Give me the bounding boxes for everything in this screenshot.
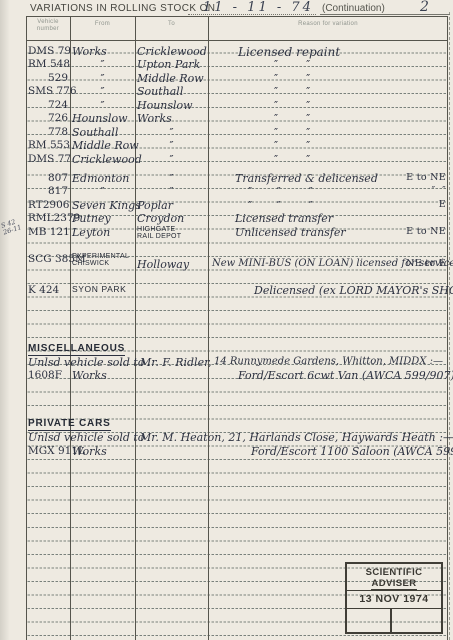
vehicle-number: DMS 79 (28, 45, 68, 57)
from-cell: Hounslow (72, 112, 133, 125)
to-cell: Croydon (137, 212, 206, 225)
stamp-org-line2: ADVISER (371, 579, 416, 591)
table-row: RT2906 Seven Kings Poplar ″ ″ ″ E (26, 199, 448, 213)
from-cell: SYON PARK (72, 284, 133, 294)
reason-cell: ″ ″ (274, 72, 310, 85)
scan-edge-shadow (0, 0, 10, 640)
section-row: Unlsd vehicle sold to Mr. M. Heaton, 21,… (26, 431, 448, 445)
handwritten-date: 11 - 11 - 74 (203, 0, 314, 15)
to-cell: ″ (137, 126, 206, 139)
from-cell: ″ (72, 185, 133, 198)
table-row: RM 553 Middle Row ″ ″ ″ (26, 139, 448, 153)
stamp-org: SCIENTIFIC ADVISER (347, 564, 441, 591)
from-cell: Leyton (72, 226, 133, 239)
table-row: 726 Hounslow Works ″ ″ (26, 112, 448, 126)
vehicle-number: RM 548 (28, 58, 68, 70)
table-row: SMS 776 ″ Southall ″ ″ (26, 85, 448, 99)
table-row: 724 ″ Hounslow ″ ″ (26, 99, 448, 113)
to-cell: Cricklewood (137, 45, 206, 58)
table-row: DMS 77 Cricklewood ″ ″ ″ (26, 153, 448, 167)
to-cell: Poplar (137, 199, 206, 212)
section-heading-miscellaneous: MISCELLANEOUS (28, 343, 125, 356)
table-top-border (26, 16, 448, 17)
to-cell: ″ (137, 139, 206, 152)
reason-cell: ″ ″ (274, 99, 310, 112)
vehicle-number: SMS 776 (28, 85, 68, 97)
stamp-footer (347, 609, 441, 632)
reason-cell: ″ ″ (274, 85, 310, 98)
header-vehicle-number: Vehicle number (26, 19, 70, 33)
stamp-org-line1: SCIENTIFIC (347, 568, 441, 579)
sale-note: Unlsd vehicle sold to (28, 356, 144, 369)
reason-cell: Transferred & delicensed (235, 172, 378, 185)
to-cell: ″ (137, 172, 206, 185)
reason-cell: Delicensed (ex LORD MAYOR's SHOW) (254, 284, 453, 297)
stamp-date: 13 NOV 1974 (347, 591, 441, 609)
from-cell: Works (72, 445, 133, 458)
reason-cell: ″ ″ (274, 126, 310, 139)
vehicle-detail: Ford/Escort 1100 Saloon (AWCA 599/906) (251, 445, 453, 458)
to-cell: Holloway (137, 258, 206, 271)
from-cell: EXPERIMENTAL CHISWICK (72, 253, 133, 267)
table-row: RML2379 Putney Croydon Licensed transfer (26, 212, 448, 226)
header-to: To (135, 21, 208, 27)
from-cell: Putney (72, 212, 133, 225)
vehicle-number: MB 121 (28, 226, 68, 238)
page-number: 2 (420, 0, 429, 15)
vehicle-number: 726 (28, 112, 68, 124)
status-code: NE to E (406, 258, 446, 269)
section-row: MGX 911L Works Ford/Escort 1100 Saloon (… (26, 445, 448, 459)
date-underline (188, 14, 316, 15)
vehicle-detail: Ford/Escort 6cwt Van (AWCA 599/907) (238, 369, 453, 382)
vehicle-number: 724 (28, 99, 68, 111)
reason-cell: ″ ″ ″ (248, 199, 313, 212)
reason-cell: ″ ″ (274, 58, 310, 71)
vehicle-number: RM 553 (28, 139, 68, 151)
buyer-address: 14 Runnymede Gardens, Whitton, MIDDX :— (214, 356, 443, 367)
section-heading-private-cars: PRIVATE CARS (28, 418, 111, 431)
table-row: MB 121 Leyton HIGHGATE RAIL DEPOT Unlice… (26, 226, 448, 240)
from-cell: Edmonton (72, 172, 133, 185)
from-cell: Middle Row (72, 139, 133, 152)
page-edge-line (449, 12, 450, 640)
scanned-ledger-page: VARIATIONS IN ROLLING STOCK ON 11 - 11 -… (0, 0, 453, 640)
table-row: K 424 SYON PARK Delicensed (ex LORD MAYO… (26, 284, 448, 298)
reason-cell: Licensed repaint (238, 45, 340, 59)
from-cell: Southall (72, 126, 133, 139)
header-reason: Reason for variation (208, 21, 448, 27)
header-from: From (70, 21, 135, 27)
vehicle-number: RML2379 (28, 212, 68, 224)
header-divider (26, 40, 448, 41)
from-cell: ″ (72, 72, 133, 85)
vehicle-number: K 424 (28, 284, 68, 296)
vehicle-number: DMS 77 (28, 153, 68, 165)
to-cell: HIGHGATE RAIL DEPOT (137, 226, 206, 240)
vehicle-number: RT2906 (28, 199, 68, 211)
from-cell: Works (72, 45, 133, 58)
table-row: RM 548 ″ Upton Park ″ ″ (26, 58, 448, 72)
vehicle-number: 529 (28, 72, 68, 84)
to-cell: Upton Park (137, 58, 206, 71)
margin-note: S 42 26-11 (0, 217, 22, 236)
vehicle-number: SCG 385M (28, 253, 68, 265)
continuation-label: (Continuation) (322, 3, 385, 14)
status-code: E to NE (406, 226, 446, 237)
reason-cell: Unlicensed transfer (235, 226, 346, 239)
from-cell: ″ (72, 58, 133, 71)
vehicle-number: 807 (28, 172, 68, 184)
table-row: SCG 385M EXPERIMENTAL CHISWICK Holloway … (26, 253, 448, 267)
table-row: 807 Edmonton ″ Transferred & delicensed … (26, 172, 448, 186)
from-cell: Cricklewood (72, 153, 133, 166)
sale-note: Unlsd vehicle sold to (28, 431, 144, 444)
scientific-adviser-stamp: SCIENTIFIC ADVISER 13 NOV 1974 (345, 562, 443, 634)
rolling-stock-table: Vehicle number From To Reason for variat… (26, 16, 448, 640)
table-row: 529 ″ Middle Row ″ ″ (26, 72, 448, 86)
buyer-name: Mr. M. Heaton, 21, Harlands Close, Haywa… (140, 431, 453, 444)
reason-cell: ″ ″ ″ (248, 185, 313, 198)
section-row: Unlsd vehicle sold to Mr. F. Ridler, 14 … (26, 356, 448, 370)
vehicle-number: 778 (28, 126, 68, 138)
from-cell: Seven Kings (72, 199, 133, 212)
buyer-name: Mr. F. Ridler, (140, 356, 212, 369)
page-number-underline (320, 14, 450, 15)
status-code: E to NE (406, 172, 446, 183)
to-cell: ″ (137, 153, 206, 166)
reason-cell: ″ ″ (274, 112, 310, 125)
table-row: 778 Southall ″ ″ ″ (26, 126, 448, 140)
reason-cell: ″ ″ (274, 153, 310, 166)
vehicle-number: MGX 911L (28, 445, 68, 457)
to-cell: Works (137, 112, 206, 125)
reason-cell: ″ ″ (274, 139, 310, 152)
from-cell: ″ (72, 85, 133, 98)
to-cell: Hounslow (137, 99, 206, 112)
vehicle-number: 817 (28, 185, 68, 197)
table-row: 817 ″ ″ ″ ″ ″ ″ ″ (26, 185, 448, 199)
reason-cell: Licensed transfer (235, 212, 333, 225)
page-title: VARIATIONS IN ROLLING STOCK ON (30, 3, 215, 14)
table-row: DMS 79 Works Cricklewood Licensed repain… (26, 45, 448, 59)
status-code: E (439, 199, 446, 210)
to-cell: ″ (137, 185, 206, 198)
vehicle-number: 1608F (28, 369, 68, 381)
status-code: ″ ″ (432, 185, 446, 196)
from-cell: Works (72, 369, 133, 382)
section-row: 1608F Works Ford/Escort 6cwt Van (AWCA 5… (26, 369, 448, 383)
to-cell: Middle Row (137, 72, 206, 85)
to-cell: Southall (137, 85, 206, 98)
from-cell: ″ (72, 99, 133, 112)
